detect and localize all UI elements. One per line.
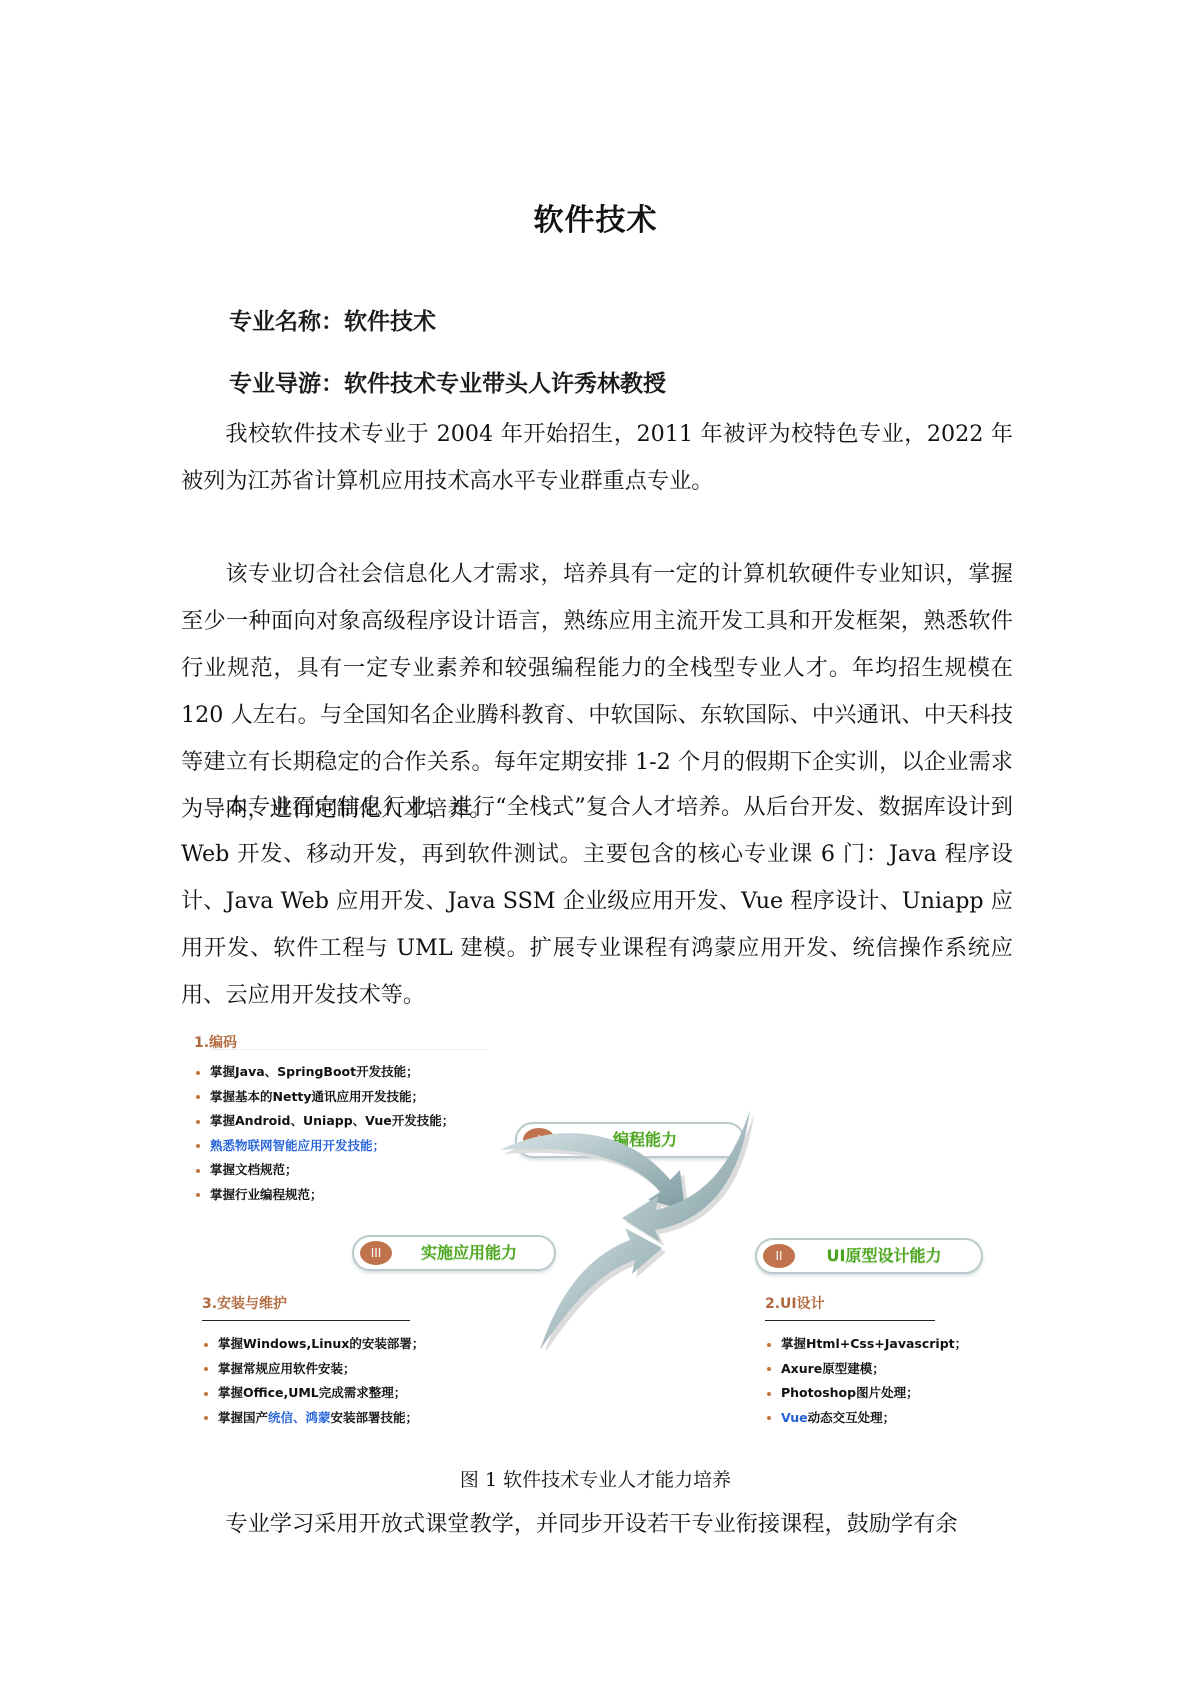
talent-ability-diagram: 1.编码 掌握Java、SpringBoot开发技能； 掌握基本的Netty通讯… (190, 1030, 1010, 1440)
list-item: 掌握文档规范； (196, 1158, 454, 1183)
major-name-heading: 专业名称：软件技术 (229, 303, 436, 336)
section-title-ui-design: 2.UI设计 (765, 1293, 825, 1313)
list-item: Photoshop图片处理； (767, 1381, 967, 1406)
list-item: 熟悉物联网智能应用开发技能； (196, 1134, 454, 1159)
section-title-installation: 3.安装与维护 (202, 1293, 287, 1313)
bullet-icon (767, 1367, 771, 1371)
bullet-icon (196, 1144, 200, 1148)
bullet-icon (767, 1416, 771, 1420)
bullet-icon (204, 1416, 208, 1420)
paragraph-text: 我校软件技术专业于 2004 年开始招生，2011 年被评为校特色专业，2022… (181, 411, 1013, 505)
converging-arrows-icon (480, 1100, 800, 1350)
bullet-icon (767, 1392, 771, 1396)
list-item: 掌握国产统信、鸿蒙安装部署技能； (204, 1406, 424, 1431)
document-title: 软件技术 (0, 195, 1191, 239)
bullet-icon (196, 1120, 200, 1124)
bullet-icon (196, 1193, 200, 1197)
bullet-icon (196, 1095, 200, 1099)
section-divider (210, 1049, 488, 1050)
major-guide-heading: 专业导游：软件技术专业带头人许秀林教授 (229, 365, 666, 398)
bullet-icon (204, 1343, 208, 1347)
paragraph-text: 本专业面向信息行业，进行“全栈式”复合人才培养。从后台开发、数据库设计到 Web… (181, 784, 1013, 1019)
paragraph-teaching-mode: 专业学习采用开放式课堂教学，并同步开设若干专业衔接课程，鼓励学有余 (181, 1501, 1013, 1548)
roman-numeral-badge: III (360, 1241, 392, 1265)
bullet-icon (204, 1392, 208, 1396)
bullet-icon (196, 1071, 200, 1075)
list-item: Axure原型建模； (767, 1357, 967, 1382)
list-item: 掌握Android、Uniapp、Vue开发技能； (196, 1109, 454, 1134)
bullet-icon (204, 1367, 208, 1371)
section-divider (765, 1320, 935, 1321)
list-item: 掌握Html+Css+Javascript； (767, 1332, 967, 1357)
document-page: 软件技术 专业名称：软件技术 专业导游：软件技术专业带头人许秀林教授 我校软件技… (0, 0, 1191, 1684)
paragraph-text: 专业学习采用开放式课堂教学，并同步开设若干专业衔接课程，鼓励学有余 (181, 1501, 1013, 1548)
bullet-icon (767, 1343, 771, 1347)
list-item: 掌握Office,UML完成需求整理； (204, 1381, 424, 1406)
figure-caption: 图 1 软件技术专业人才能力培养 (0, 1465, 1191, 1492)
list-item: 掌握Windows,Linux的安装部署； (204, 1332, 424, 1357)
section-divider (202, 1320, 410, 1321)
list-item: 掌握行业编程规范； (196, 1183, 454, 1208)
coding-skill-list: 掌握Java、SpringBoot开发技能； 掌握基本的Netty通讯应用开发技… (196, 1060, 454, 1207)
list-item: 掌握常规应用软件安装； (204, 1357, 424, 1382)
list-item: Vue动态交互处理； (767, 1406, 967, 1431)
list-item: 掌握基本的Netty通讯应用开发技能； (196, 1085, 454, 1110)
list-item: 掌握Java、SpringBoot开发技能； (196, 1060, 454, 1085)
ui-design-skill-list: 掌握Html+Css+Javascript； Axure原型建模； Photos… (767, 1332, 967, 1430)
installation-skill-list: 掌握Windows,Linux的安装部署； 掌握常规应用软件安装； 掌握Offi… (204, 1332, 424, 1430)
paragraph-history: 我校软件技术专业于 2004 年开始招生，2011 年被评为校特色专业，2022… (181, 411, 1013, 505)
paragraph-curriculum: 本专业面向信息行业，进行“全栈式”复合人才培养。从后台开发、数据库设计到 Web… (181, 784, 1013, 1019)
bullet-icon (196, 1169, 200, 1173)
